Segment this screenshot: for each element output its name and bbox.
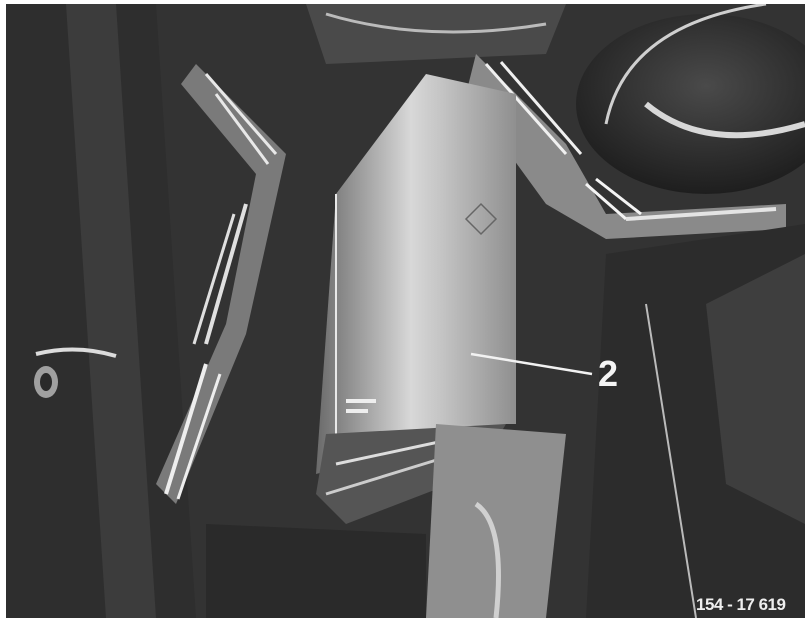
photo-scene: [6, 4, 805, 618]
figure-number: 154 - 17 619: [696, 596, 785, 613]
label-text: [346, 399, 376, 403]
photograph: 2 154 - 17 619: [6, 4, 805, 618]
callout-number: 2: [598, 356, 618, 392]
